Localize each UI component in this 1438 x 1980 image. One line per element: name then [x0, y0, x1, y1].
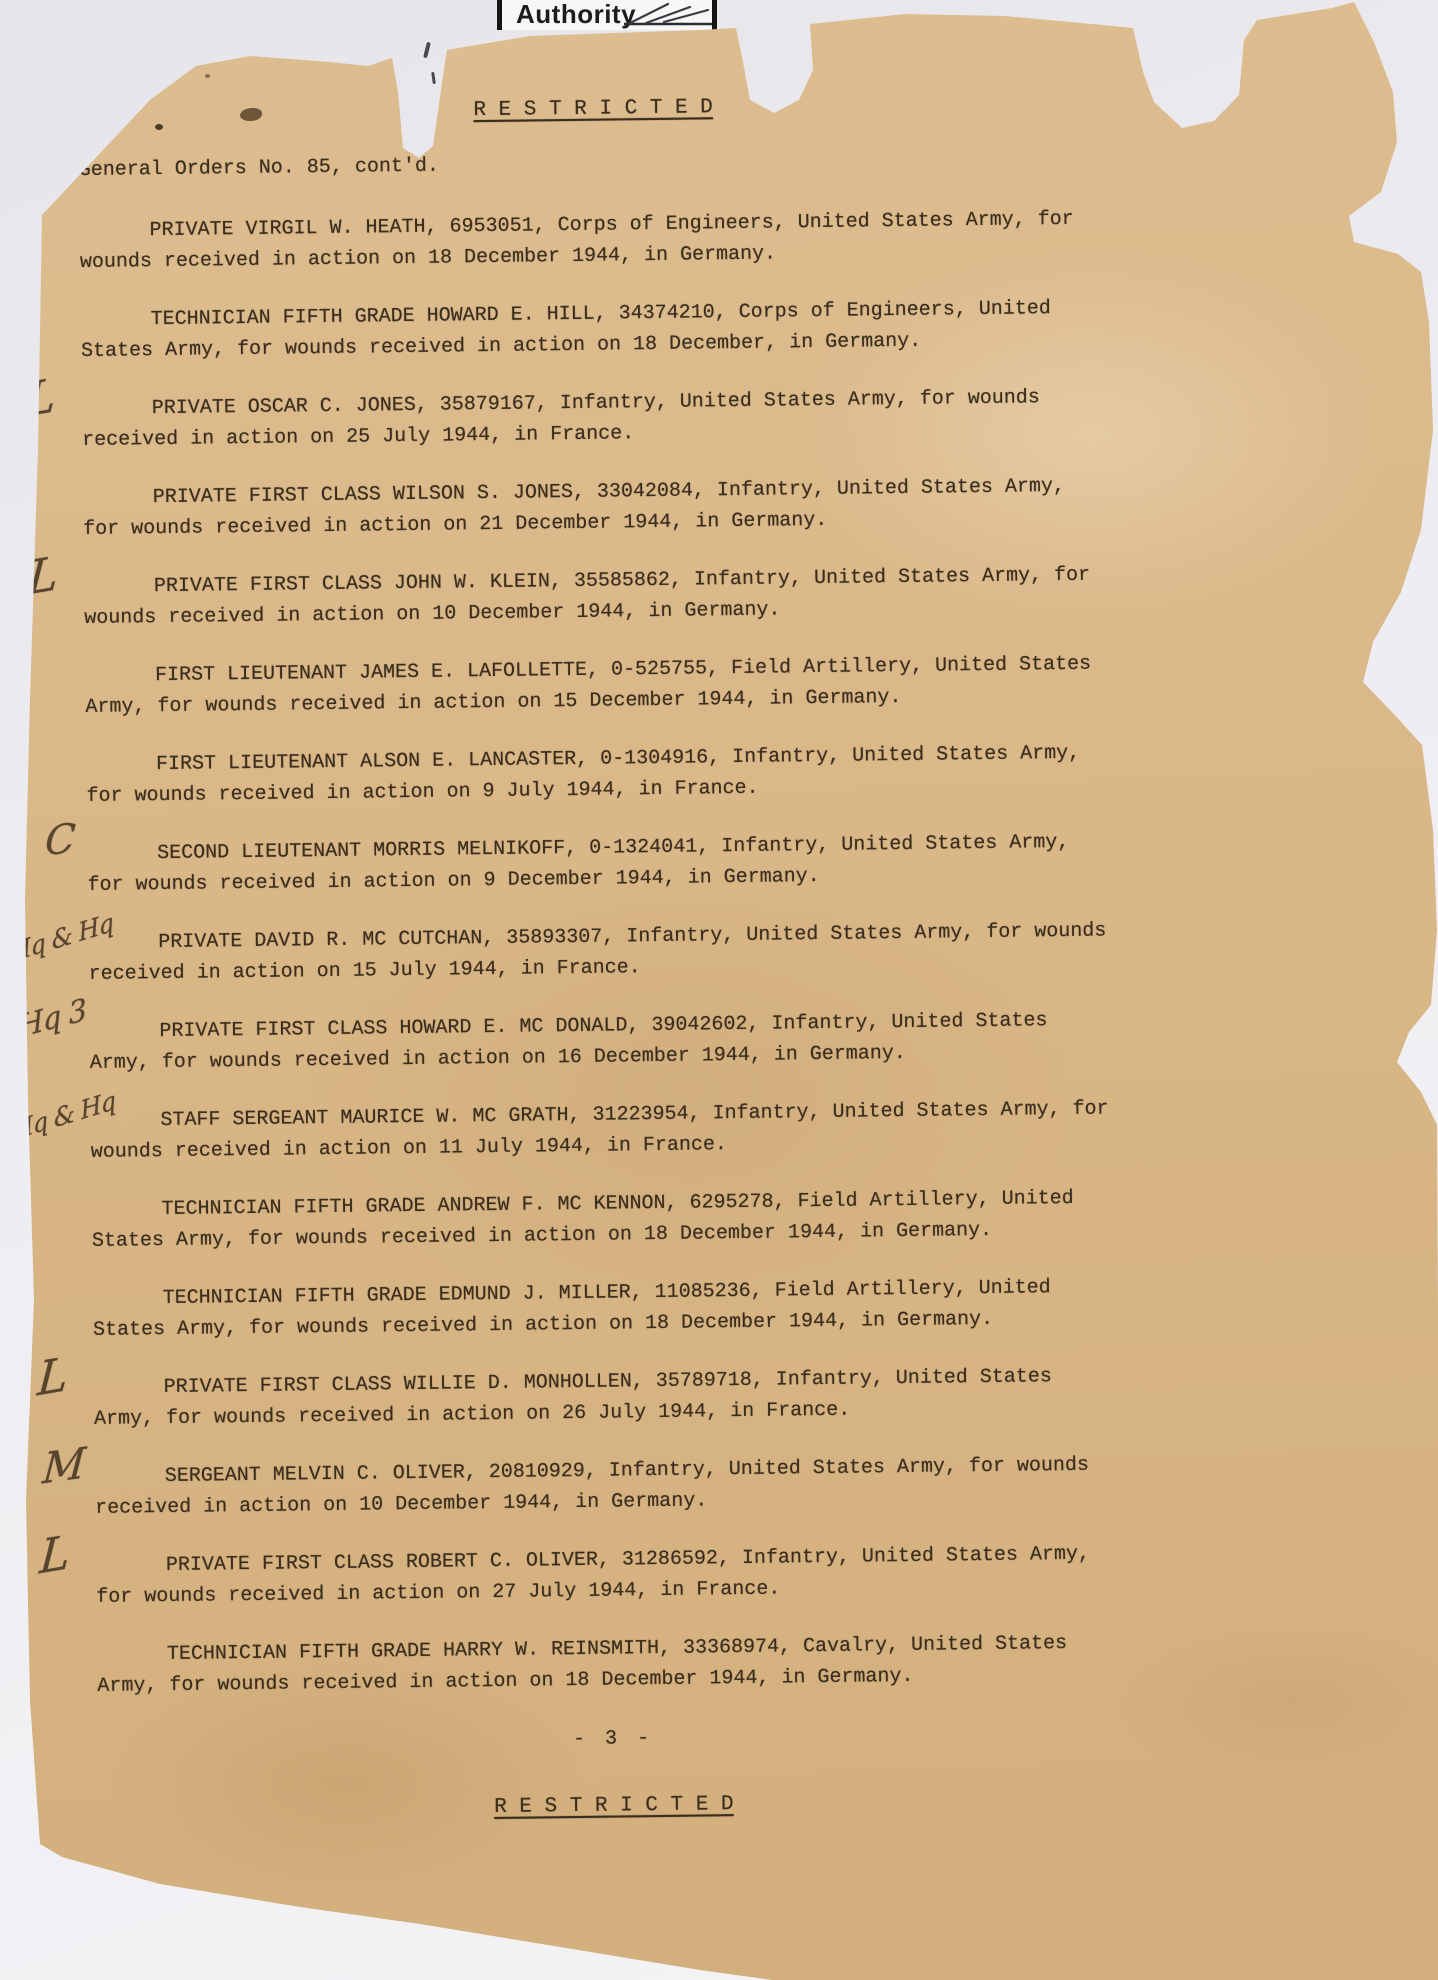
- award-entry: Hq & Hq PRIVATE DAVID R. MC CUTCHAN, 358…: [88, 915, 1119, 990]
- entry-text: SERGEANT MELVIN C. OLIVER, 20810929, Inf…: [95, 1454, 1089, 1520]
- typed-content: R E S T R I C T E D General Orders No. 8…: [78, 87, 1129, 1827]
- margin-annotation: M: [42, 1447, 87, 1484]
- margin-annotation: L: [25, 379, 58, 416]
- margin-annotation: L: [37, 1358, 70, 1395]
- entry-text: PRIVATE FIRST CLASS HOWARD E. MC DONALD,…: [90, 1009, 1048, 1075]
- award-entry: TECHNICIAN FIFTH GRADE HOWARD E. HILL, 3…: [81, 292, 1112, 367]
- entry-text: FIRST LIEUTENANT ALSON E. LANCASTER, 0-1…: [86, 742, 1080, 808]
- classification-footer: R E S T R I C T E D: [99, 1784, 1129, 1828]
- entry-text: PRIVATE OSCAR C. JONES, 35879167, Infant…: [82, 386, 1040, 452]
- page-number: - 3 -: [98, 1717, 1128, 1761]
- award-entry: L PRIVATE FIRST CLASS WILLIE D. MONHOLLE…: [94, 1360, 1125, 1435]
- entry-text: PRIVATE VIRGIL W. HEATH, 6953051, Corps …: [80, 208, 1074, 274]
- entry-text: PRIVATE FIRST CLASS WILLIE D. MONHOLLEN,…: [94, 1365, 1052, 1431]
- paper-speck: [205, 74, 210, 78]
- entry-text: FIRST LIEUTENANT JAMES E. LAFOLLETTE, 0-…: [85, 653, 1091, 719]
- award-entry: TECHNICIAN FIFTH GRADE EDMUND J. MILLER,…: [92, 1271, 1123, 1346]
- award-entry: C SECOND LIEUTENANT MORRIS MELNIKOFF, 0-…: [87, 826, 1118, 901]
- award-entry: PRIVATE VIRGIL W. HEATH, 6953051, Corps …: [79, 203, 1110, 278]
- award-entry: L PRIVATE FIRST CLASS ROBERT C. OLIVER, …: [96, 1538, 1127, 1613]
- signature-squiggle: [620, 0, 720, 28]
- award-entry: Hq 3 PRIVATE FIRST CLASS HOWARD E. MC DO…: [89, 1004, 1120, 1079]
- classification-header: R E S T R I C T E D: [78, 87, 1108, 131]
- margin-annotation: Hq & Hq: [9, 907, 115, 969]
- authority-stamp: Authority: [497, 0, 717, 30]
- entry-text: PRIVATE FIRST CLASS ROBERT C. OLIVER, 31…: [96, 1543, 1090, 1609]
- entry-text: PRIVATE DAVID R. MC CUTCHAN, 35893307, I…: [89, 919, 1107, 985]
- entry-text: PRIVATE FIRST CLASS WILSON S. JONES, 330…: [83, 475, 1065, 541]
- award-entry: FIRST LIEUTENANT JAMES E. LAFOLLETTE, 0-…: [85, 648, 1116, 723]
- pen-mark: [423, 42, 431, 58]
- margin-annotation: Hq & Hq: [11, 1085, 117, 1147]
- award-entry: L PRIVATE OSCAR C. JONES, 35879167, Infa…: [82, 381, 1113, 456]
- award-entry: PRIVATE FIRST CLASS WILSON S. JONES, 330…: [83, 470, 1114, 545]
- margin-annotation: L: [39, 1536, 72, 1573]
- margin-annotation: L: [27, 557, 60, 594]
- award-entry: L PRIVATE FIRST CLASS JOHN W. KLEIN, 355…: [84, 559, 1115, 634]
- margin-annotation: Hq 3: [17, 994, 87, 1043]
- paper-sheet: R E S T R I C T E D General Orders No. 8…: [0, 0, 1438, 1980]
- award-entry: M SERGEANT MELVIN C. OLIVER, 20810929, I…: [95, 1449, 1126, 1524]
- entry-text: TECHNICIAN FIFTH GRADE HARRY W. REINSMIT…: [97, 1632, 1067, 1698]
- award-entry: TECHNICIAN FIFTH GRADE HARRY W. REINSMIT…: [97, 1627, 1128, 1702]
- award-entry: Hq & Hq STAFF SERGEANT MAURICE W. MC GRA…: [90, 1093, 1121, 1168]
- entry-text: TECHNICIAN FIFTH GRADE ANDREW F. MC KENN…: [92, 1187, 1074, 1253]
- margin-annotation: C: [44, 823, 76, 858]
- pen-mark: [431, 72, 436, 84]
- entry-text: PRIVATE FIRST CLASS JOHN W. KLEIN, 35585…: [84, 564, 1090, 630]
- entry-text: SECOND LIEUTENANT MORRIS MELNIKOFF, 0-13…: [87, 831, 1069, 897]
- scanned-document: Authority R E S T R I C T E D General Or…: [0, 0, 1438, 1980]
- entry-text: TECHNICIAN FIFTH GRADE EDMUND J. MILLER,…: [93, 1276, 1051, 1342]
- award-entry: FIRST LIEUTENANT ALSON E. LANCASTER, 0-1…: [86, 737, 1117, 812]
- entry-text: TECHNICIAN FIFTH GRADE HOWARD E. HILL, 3…: [81, 297, 1051, 363]
- entry-text: STAFF SERGEANT MAURICE W. MC GRATH, 3122…: [91, 1097, 1109, 1163]
- order-continuation-line: General Orders No. 85, cont'd.: [79, 142, 1109, 186]
- award-entry: TECHNICIAN FIFTH GRADE ANDREW F. MC KENN…: [91, 1182, 1122, 1257]
- authority-label: Authority: [516, 1, 636, 27]
